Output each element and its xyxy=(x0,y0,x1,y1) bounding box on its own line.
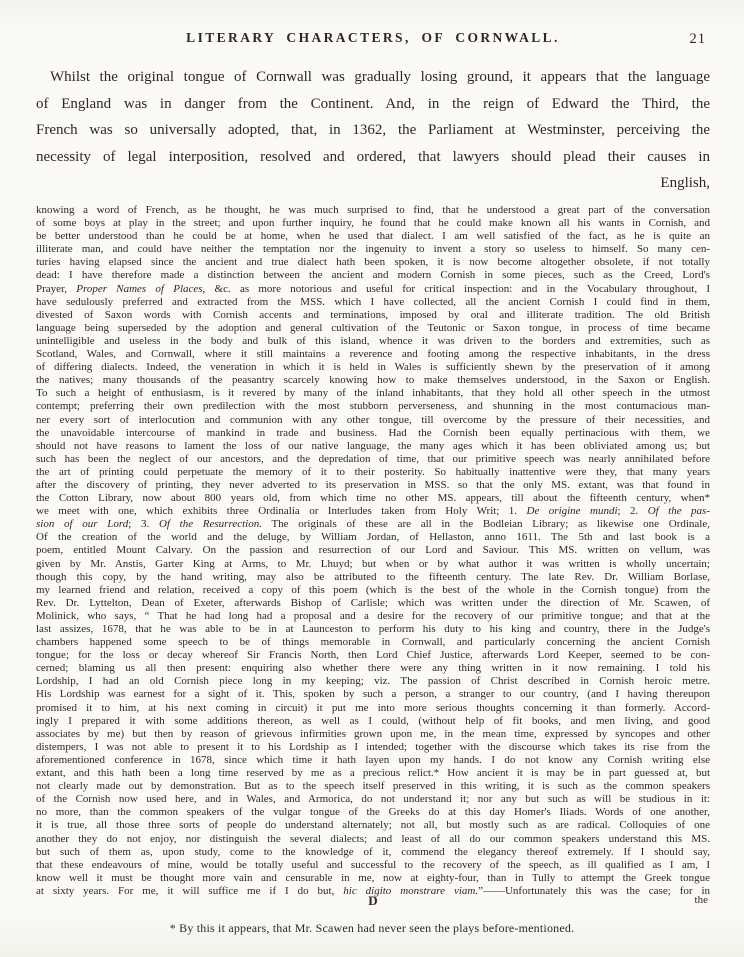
bottom-footnote: * By this it appears, that Mr. Scawen ha… xyxy=(0,921,744,936)
footnote-line: know well it must be thought more vain a… xyxy=(36,872,710,885)
footnote-line: the unavoidable intercourse of mankind i… xyxy=(36,427,710,440)
footnote-line: cerned; blaming us all then present: enq… xyxy=(36,662,710,675)
footnote-line: divested of Saxon words with Cornish acc… xyxy=(36,309,710,322)
footnote-line: another they do not enjoy, nor distingui… xyxy=(36,833,710,846)
footnote-line: after the discovery of printing, they ne… xyxy=(36,479,710,492)
footnote-line: the art of printing could perpetuate the… xyxy=(36,466,710,479)
footnote-line: distempers, I was not able to present it… xyxy=(36,741,710,754)
footnote-line: Rev. Dr. Lyttelton, Dean of Exeter, afte… xyxy=(36,597,710,610)
footnote-line: associates by me) but then by reason of … xyxy=(36,728,710,741)
main-paragraph-lines: Whilst the original tongue of Cornwall w… xyxy=(36,64,710,170)
footnote-block: knowing a word of French, as he thought,… xyxy=(36,204,710,898)
footnote-line: the Cotton Library, now about 800 years … xyxy=(36,492,710,505)
footnote-line: it is true, all those three sorts of peo… xyxy=(36,819,710,832)
footnote-line: of some boys at play in the street; and … xyxy=(36,217,710,230)
footnote-line: have sedulously preferred and extracted … xyxy=(36,296,710,309)
footnote-line: Prayer, Proper Names of Places, &c. as m… xyxy=(36,283,710,296)
footnote-line: His Lordship was earnest for a sight of … xyxy=(36,688,710,701)
footnote-line: extant, and this hath been a long time r… xyxy=(36,767,710,780)
footnote-line: Lordship, I had an old Cornish piece lon… xyxy=(36,675,710,688)
footnote-line: unintelligible and useless in the body a… xyxy=(36,335,710,348)
footnote-line: given by Mr. Anstis, Garter King at Arms… xyxy=(36,558,710,571)
footnote-line: ingly I prepared it with some additions … xyxy=(36,715,710,728)
running-title: LITERARY CHARACTERS, OF CORNWALL. xyxy=(36,30,710,46)
footnote-line: but such of them as, upon study, come to… xyxy=(36,846,710,859)
footnote-line: we meet with one, which exhibits three O… xyxy=(36,505,710,518)
footnote-line: such has been the neglect of our ancesto… xyxy=(36,453,710,466)
footnote-line: To such a height of enthusiasm, is it re… xyxy=(36,387,710,400)
footnote-line: Of the creation of the world and the del… xyxy=(36,531,710,544)
footnote-line: my learned friend and relation, received… xyxy=(36,584,710,597)
footnote-line: that these endeavours of mine, would be … xyxy=(36,859,710,872)
footnote-lines: knowing a word of French, as he thought,… xyxy=(36,204,710,898)
book-page: LITERARY CHARACTERS, OF CORNWALL. 21 Whi… xyxy=(0,0,744,957)
footnote-line: no more, than the common speakers of the… xyxy=(36,806,710,819)
footnote-line: of the Cornish now used here, and in Wal… xyxy=(36,793,710,806)
footnote-line: promised it to him, at his next coming i… xyxy=(36,702,710,715)
page-header: LITERARY CHARACTERS, OF CORNWALL. 21 xyxy=(36,30,710,50)
paragraph-line: Whilst the original tongue of Cornwall w… xyxy=(36,64,710,91)
footnote-line: turies having elapsed since the ancient … xyxy=(36,256,710,269)
footnote-line: chambers happened some speech to be of t… xyxy=(36,636,710,649)
footnote-line: of differing dialects. Indeed, the vener… xyxy=(36,361,710,374)
main-paragraph: Whilst the original tongue of Cornwall w… xyxy=(36,64,710,197)
footnote-line: contempt; preferring their own predilect… xyxy=(36,400,710,413)
paragraph-line: French was so universally adopted, that,… xyxy=(36,117,710,144)
page-number: 21 xyxy=(690,31,707,48)
paragraph-last-line: English, xyxy=(36,170,710,197)
footnote-line: Scotland, Wales, and Cornwall, where it … xyxy=(36,348,710,361)
signature-mark: D xyxy=(36,893,710,909)
footnote-line: dead: I have therefore made a distinctio… xyxy=(36,269,710,282)
footnote-line: should not have reasons to lament the lo… xyxy=(36,440,710,453)
footnote-line: illiterate man, and could have neither t… xyxy=(36,243,710,256)
footnote-line: the natives; many thousands of the peasa… xyxy=(36,374,710,387)
footnote-line: poem, entitled Mount Calvary. On the pas… xyxy=(36,544,710,557)
footnote-line: knowing a word of French, as he thought,… xyxy=(36,204,710,217)
footnote-line: last assizes, 1678, that he was able to … xyxy=(36,623,710,636)
footnote-line: ner every sort of interlocution and comm… xyxy=(36,414,710,427)
paragraph-line: necessity of legal interposition, resolv… xyxy=(36,144,710,171)
footnote-line: though this copy, by the hand writing, m… xyxy=(36,571,710,584)
footnote-line: Molinick, who says, “ That he had long h… xyxy=(36,610,710,623)
footnote-line: aforementioned conference in 1678, since… xyxy=(36,754,710,767)
footnote-line: sion of our Lord; 3. Of the Resurrection… xyxy=(36,518,710,531)
footnote-line: be better understood than he could be at… xyxy=(36,230,710,243)
paragraph-line: of England was in danger from the Contin… xyxy=(36,91,710,118)
footnote-line: language being superseded by the adoptio… xyxy=(36,322,710,335)
footnote-line: tongue; for the loss or decay whereof Si… xyxy=(36,649,710,662)
catchword: the xyxy=(695,894,708,906)
signature-row: D the xyxy=(36,893,710,909)
footnote-line: not clearly made out by demonstration. B… xyxy=(36,780,710,793)
